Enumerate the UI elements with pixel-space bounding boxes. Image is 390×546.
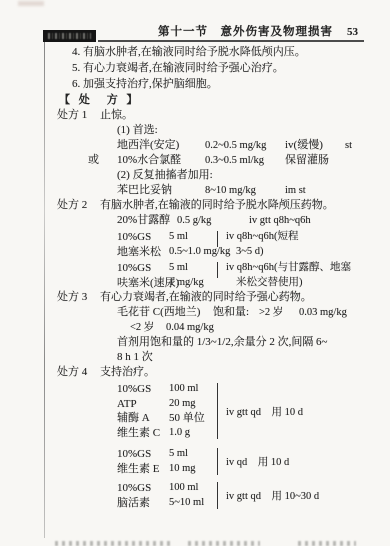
drug-dose: 5 ml [169,261,188,276]
age-range: <2 岁 [130,320,166,335]
group-bracket [217,448,218,475]
rx1-sub1: (1) 首选: [117,123,390,138]
drug-line: 辅酶 A50 单位 [117,411,217,426]
drug-dose: 8~10 mg/kg [205,183,285,198]
drug-route: iv(缓慢) [285,138,345,153]
iv-group-note: iv q8h~q6h(与甘露醇、地塞 米松交替使用) [226,261,351,290]
group-bracket [217,262,218,278]
rx-title: 有脑水肿者,在输液的同时给予脱水降颅压药物。 [100,198,334,213]
drug-line: 10%GS5 ml [117,261,217,276]
drug-frequency: st [345,138,352,153]
note-line: iv q8h~q6h(与甘露醇、地塞 [226,261,351,276]
drug-dose: 5~10 ml [169,496,204,511]
list-item-5: 5. 有心力衰竭者,在输液同时给予强心治疗。 [0,60,390,76]
iv-group-note: iv gtt qd 用 10~30 d [226,488,319,503]
chapter-badge [43,30,96,42]
drug-line: 脑活素5~10 ml [117,496,217,511]
note-line: 米松交替使用) [226,276,351,291]
page-body: 4. 有脑水肿者,在输液同时给予脱水降低颅内压。 5. 有心力衰竭者,在输液同时… [0,44,390,510]
drug-dose: 100 ml [169,481,198,496]
page-number: 53 [347,26,358,38]
footer-illegible-fragment [188,541,260,546]
iv-group: 10%GS5 ml 地塞米松0.5~1.0 mg/kg iv q8h~q6h(短… [117,230,390,259]
drug-line: 10%GS100 ml [117,382,217,397]
group-bracket [217,482,218,509]
scanned-book-page: 第十一节 意外伤害及物理损害 53 4. 有脑水肿者,在输液同时给予脱水降低颅内… [0,0,390,546]
drug-line: 维生素 E10 mg [117,462,217,477]
drug-line-alternative: 或 10%水合氯醛 0.3~0.5 ml/kg 保留灌肠 [88,153,390,168]
list-item-4: 4. 有脑水肿者,在输液同时给予脱水降低颅内压。 [0,44,390,60]
iv-group-rows: 10%GS100 ml ATP20 mg 辅酶 A50 单位 维生素 C1.0 … [117,382,217,440]
iv-group-note: iv qd 用 10 d [226,454,289,469]
header-rule: 第十一节 意外伤害及物理损害 53 [98,23,364,42]
drug-dose: 5 ml [169,230,188,245]
drug-dose: 0.03 mg/kg [299,305,347,320]
drug-line: 10%GS100 ml [117,481,217,496]
drug-dose: 0.3~0.5 ml/kg [205,153,285,168]
drug-line: 10%GS5 ml [117,447,217,462]
drug-line: <2 岁 0.04 mg/kg [130,320,390,335]
drug-name: 呋塞米(速尿) [117,276,169,291]
drug-name: 10%GS [117,261,169,276]
drug-dose: 1.0 g [169,426,190,441]
drug-line: 维生素 C1.0 g [117,426,217,441]
rx-title: 有心力衰竭者,在输液的同时给予强心药物。 [100,290,312,305]
prescription-heading: 【 处 方 】 [0,92,390,108]
rx1-row: 处方 1 止惊。 [0,108,390,123]
note-line: 3~5 d) [226,245,298,260]
footer-illegible-fragment [298,541,356,546]
drug-name: ATP [117,397,169,412]
rx-label: 处方 2 [57,198,100,213]
drug-dose: 0.04 mg/kg [166,320,214,335]
drug-line: 呋塞米(速尿)1 mg/kg [117,276,217,291]
saturation-label: 饱和量: [213,305,259,320]
page-header: 第十一节 意外伤害及物理损害 53 [43,23,364,42]
badge-illegible-text [48,33,91,39]
drug-name: 10%GS [117,230,169,245]
drug-dose: 20 mg [169,397,196,412]
group-bracket [217,383,218,439]
rx-label: 处方 1 [57,108,100,123]
drug-name: 脑活素 [117,496,169,511]
iv-group: 10%GS100 ml ATP20 mg 辅酶 A50 单位 维生素 C1.0 … [117,382,390,440]
drug-line: 10%GS5 ml [117,230,217,245]
drug-line: 地西泮(安定) 0.2~0.5 mg/kg iv(缓慢) st [117,138,390,153]
drug-line: 20%甘露醇 0.5 g/kg iv gtt q8h~q6h [117,213,390,228]
drug-route: iv gtt q8h~q6h [249,213,311,228]
drug-dose: 0.5 g/kg [177,213,249,228]
rx3-note-line: 首剂用饱和量的 1/3~1/2,余量分 2 次,间隔 6~ [117,335,390,350]
drug-dose: 0.2~0.5 mg/kg [205,138,285,153]
drug-route: 保留灌肠 [285,153,329,168]
iv-group-rows: 10%GS5 ml 呋塞米(速尿)1 mg/kg [117,261,217,290]
scan-smudge [18,1,44,6]
drug-name: 20%甘露醇 [117,213,177,228]
drug-dose: 10 mg [169,462,196,477]
drug-name: 10%水合氯醛 [117,153,205,168]
drug-line: 地塞米松0.5~1.0 mg/kg [117,245,217,260]
or-word: 或 [88,153,117,168]
iv-group: 10%GS100 ml 脑活素5~10 ml iv gtt qd 用 10~30… [117,481,390,510]
iv-group-note: iv gtt qd 用 10 d [226,404,303,419]
drug-name: 苯巴比妥钠 [117,183,205,198]
drug-name: 10%GS [117,447,169,462]
drug-line: 苯巴比妥钠 8~10 mg/kg im st [117,183,390,198]
rx1-sub2: (2) 反复抽搐者加用: [117,168,390,183]
drug-dose: 50 单位 [169,411,205,426]
rx4-row: 处方 4 支持治疗。 [0,365,390,380]
rx-title: 支持治疗。 [100,365,155,380]
drug-dose: 5 ml [169,447,188,462]
drug-line: 毛花苷 C(西地兰) 饱和量: >2 岁 0.03 mg/kg [117,305,390,320]
drug-dose: 100 ml [169,382,198,397]
footer-illegible-fragment [55,541,170,546]
iv-group-rows: 10%GS100 ml 脑活素5~10 ml [117,481,217,510]
drug-name: 地塞米松 [117,245,169,260]
drug-name: 10%GS [117,382,169,397]
drug-route: im st [285,183,306,198]
drug-name: 维生素 E [117,462,169,477]
drug-dose: 1 mg/kg [169,276,204,291]
rx3-row: 处方 3 有心力衰竭者,在输液的同时给予强心药物。 [0,290,390,305]
iv-group: 10%GS5 ml 呋塞米(速尿)1 mg/kg iv q8h~q6h(与甘露醇… [117,261,390,290]
drug-dose: 0.5~1.0 mg/kg [169,245,230,260]
list-item-6: 6. 加强支持治疗,保护脑细胞。 [0,76,390,92]
note-line: iv q8h~q6h(短程 [226,230,298,245]
rx-label: 处方 3 [57,290,100,305]
rx2-row: 处方 2 有脑水肿者,在输液的同时给予脱水降颅压药物。 [0,198,390,213]
drug-name: 毛花苷 C(西地兰) [117,305,213,320]
iv-group: 10%GS5 ml 维生素 E10 mg iv qd 用 10 d [117,447,390,476]
drug-name: 维生素 C [117,426,169,441]
group-bracket [217,231,218,247]
drug-name: 10%GS [117,481,169,496]
rx-title: 止惊。 [100,108,133,123]
drug-name: 地西泮(安定) [117,138,205,153]
drug-line: ATP20 mg [117,397,217,412]
section-title: 第十一节 意外伤害及物理损害 [158,23,333,39]
iv-group-rows: 10%GS5 ml 地塞米松0.5~1.0 mg/kg [117,230,217,259]
drug-name: 辅酶 A [117,411,169,426]
iv-group-note: iv q8h~q6h(短程 3~5 d) [226,230,298,259]
rx-label: 处方 4 [57,365,100,380]
age-range: >2 岁 [259,305,299,320]
iv-group-rows: 10%GS5 ml 维生素 E10 mg [117,447,217,476]
rx3-note-line: 8 h 1 次 [117,350,390,365]
